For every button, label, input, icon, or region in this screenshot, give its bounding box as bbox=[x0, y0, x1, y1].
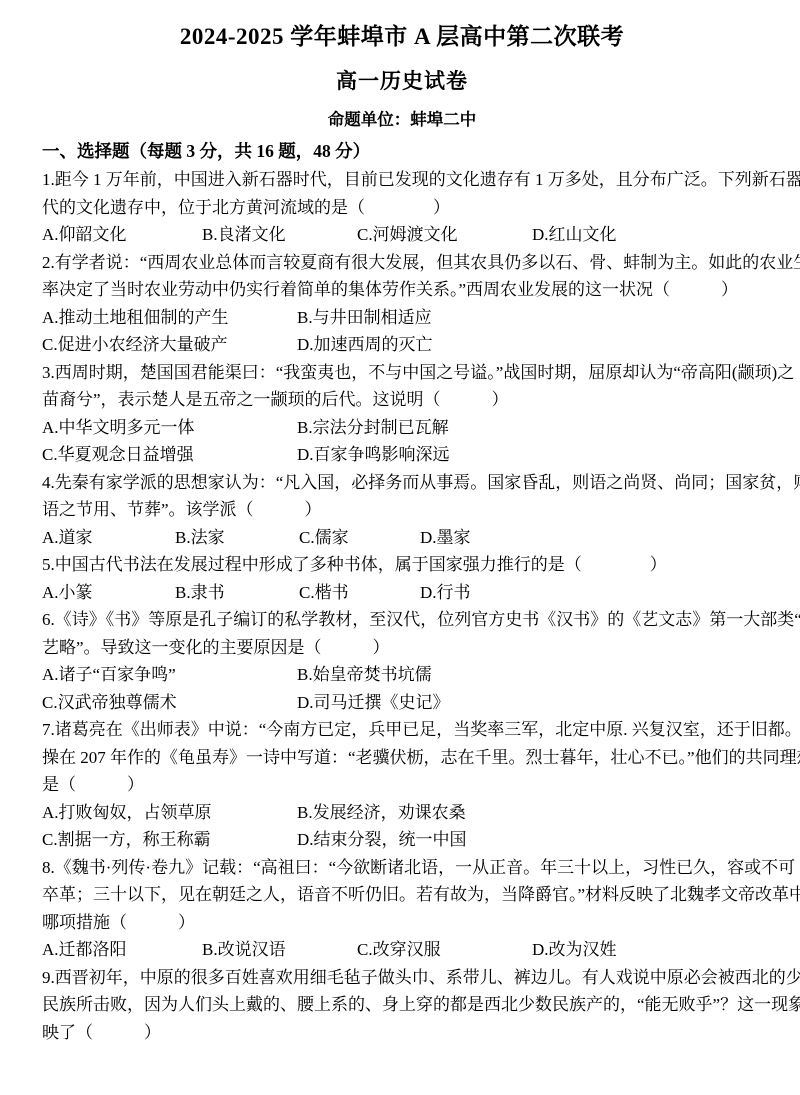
question-text-line: 映了（ ） bbox=[42, 1019, 762, 1047]
option: B.隶书 bbox=[175, 579, 299, 607]
question-text-line: 是（ ） bbox=[42, 771, 762, 799]
question-text-line: 4.先秦有家学派的思想家认为：“凡入国，必择务而从事焉。国家昏乱，则语之尚贤、尚… bbox=[42, 469, 762, 497]
question-text-line: 7.诸葛亮在《出师表》中说：“今南方已定，兵甲已足，当奖率三军，北定中原. 兴复… bbox=[42, 716, 762, 744]
question-text-line: 哪项措施（ ） bbox=[42, 909, 762, 937]
questions: 1.距今 1 万年前，中国进入新石器时代，目前已发现的文化遗存有 1 万多处，且… bbox=[42, 166, 762, 1046]
option: A.小篆 bbox=[42, 579, 175, 607]
question-text-line: 9.西晋初年，中原的很多百姓喜欢用细毛毡子做头巾、系带儿、裤边儿。有人戏说中原必… bbox=[42, 964, 762, 992]
option: C.河姆渡文化 bbox=[357, 221, 532, 249]
option: D.结束分裂，统一中国 bbox=[297, 826, 467, 854]
option: A.迁都洛阳 bbox=[42, 936, 202, 964]
option: B.与井田制相适应 bbox=[297, 304, 432, 332]
option-row: A.诸子“百家争鸣”B.始皇帝焚书坑儒 bbox=[42, 661, 762, 689]
question-text-line: 语之节用、节葬”。该学派（ ） bbox=[42, 496, 762, 524]
question-text-line: 苗裔兮”，表示楚人是五帝之一颛顼的后代。这说明（ ） bbox=[42, 386, 762, 414]
question-text-line: 2.有学者说：“西周农业总体而言较夏商有很大发展，但其农具仍多以石、骨、蚌制为主… bbox=[42, 249, 762, 277]
option-row: A.迁都洛阳B.改说汉语C.改穿汉服D.改为汉姓 bbox=[42, 936, 762, 964]
option: D.红山文化 bbox=[532, 221, 617, 249]
option: A.打败匈奴，占领草原 bbox=[42, 799, 297, 827]
option: D.加速西周的灭亡 bbox=[297, 331, 433, 359]
question-text-line: 民族所击败，因为人们头上戴的、腰上系的、身上穿的都是西北少数民族产的，“能无败乎… bbox=[42, 991, 762, 1019]
option: C.华夏观念日益增强 bbox=[42, 441, 297, 469]
option: D.墨家 bbox=[420, 524, 471, 552]
question-text-line: 6.《诗》《书》等原是孔子编订的私学教材，至汉代，位列官方史书《汉书》的《艺文志… bbox=[42, 606, 762, 634]
option-row: C.汉武帝独尊儒术D.司马迁撰《史记》 bbox=[42, 689, 762, 717]
option-row: A.仰韶文化B.良渚文化C.河姆渡文化D.红山文化 bbox=[42, 221, 762, 249]
option: D.司马迁撰《史记》 bbox=[297, 689, 450, 717]
option-row: C.促进小农经济大量破产D.加速西周的灭亡 bbox=[42, 331, 762, 359]
option: C.割据一方，称王称霸 bbox=[42, 826, 297, 854]
question-text-line: 8.《魏书·列传·卷九》记载：“高祖曰：“今欲断诸北语，一从正音。年三十以上，习… bbox=[42, 854, 762, 882]
option: C.楷书 bbox=[299, 579, 420, 607]
option: B.发展经济，劝课农桑 bbox=[297, 799, 466, 827]
exam-subject-title: 高一历史试卷 bbox=[42, 67, 762, 95]
option: D.百家争鸣影响深远 bbox=[297, 441, 450, 469]
question-text-line: 代的文化遗存中，位于北方黄河流域的是（ ） bbox=[42, 194, 762, 222]
option-row: A.打败匈奴，占领草原B.发展经济，劝课农桑 bbox=[42, 799, 762, 827]
question-text-line: 3.西周时期，楚国国君能渠曰：“我蛮夷也，不与中国之号谥。”战国时期，屈原却认为… bbox=[42, 359, 762, 387]
option: C.促进小农经济大量破产 bbox=[42, 331, 297, 359]
option-row: A.推动土地租佃制的产生B.与井田制相适应 bbox=[42, 304, 762, 332]
option: D.行书 bbox=[420, 579, 471, 607]
option: C.改穿汉服 bbox=[357, 936, 532, 964]
option: C.汉武帝独尊儒术 bbox=[42, 689, 297, 717]
question-text-line: 卒革；三十以下，见在朝廷之人，语音不听仍旧。若有故为，当降爵官。”材料反映了北魏… bbox=[42, 881, 762, 909]
option: A.中华文明多元一体 bbox=[42, 414, 297, 442]
question-text-line: 5.中国古代书法在发展过程中形成了多种书体，属于国家强力推行的是（ ） bbox=[42, 551, 762, 579]
option: A.诸子“百家争鸣” bbox=[42, 661, 297, 689]
option-row: A.道家B.法家C.儒家D.墨家 bbox=[42, 524, 762, 552]
option: B.改说汉语 bbox=[202, 936, 357, 964]
question-text-line: 率决定了当时农业劳动中仍实行着简单的集体劳作关系。”西周农业发展的这一状况（ ） bbox=[42, 276, 762, 304]
exam-title: 2024-2025 学年蚌埠市 A 层高中第二次联考 bbox=[42, 22, 762, 52]
option: A.道家 bbox=[42, 524, 175, 552]
option: D.改为汉姓 bbox=[532, 936, 617, 964]
option-row: C.割据一方，称王称霸D.结束分裂，统一中国 bbox=[42, 826, 762, 854]
question-text-line: 1.距今 1 万年前，中国进入新石器时代，目前已发现的文化遗存有 1 万多处，且… bbox=[42, 166, 762, 194]
option: B.法家 bbox=[175, 524, 299, 552]
option: C.儒家 bbox=[299, 524, 420, 552]
question-text-line: 操在 207 年作的《龟虽寿》一诗中写道：“老骥伏枥，志在千里。烈士暮年，壮心不… bbox=[42, 744, 762, 772]
option-row: C.华夏观念日益增强D.百家争鸣影响深远 bbox=[42, 441, 762, 469]
option-row: A.小篆B.隶书C.楷书D.行书 bbox=[42, 579, 762, 607]
exam-paper-page: 2024-2025 学年蚌埠市 A 层高中第二次联考 高一历史试卷 命题单位：蚌… bbox=[0, 0, 800, 1095]
option: B.始皇帝焚书坑儒 bbox=[297, 661, 432, 689]
option: B.良渚文化 bbox=[202, 221, 357, 249]
exam-issuer: 命题单位：蚌埠二中 bbox=[42, 109, 762, 131]
option-row: A.中华文明多元一体B.宗法分封制已瓦解 bbox=[42, 414, 762, 442]
option: A.仰韶文化 bbox=[42, 221, 202, 249]
question-text-line: 艺略”。导致这一变化的主要原因是（ ） bbox=[42, 634, 762, 662]
section-heading: 一、选择题（每题 3 分，共 16 题，48 分） bbox=[42, 139, 762, 164]
option: B.宗法分封制已瓦解 bbox=[297, 414, 449, 442]
option: A.推动土地租佃制的产生 bbox=[42, 304, 297, 332]
